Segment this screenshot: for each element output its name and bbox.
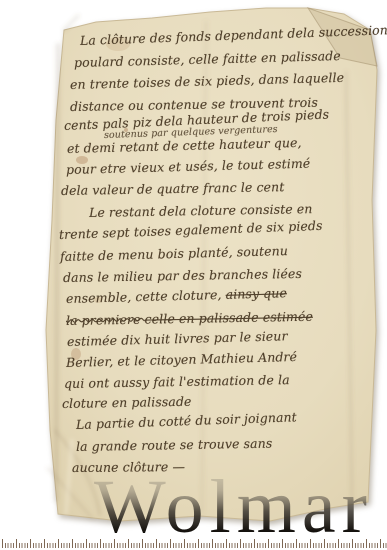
struck-text: celle en palissade estimée <box>144 309 313 327</box>
manuscript-line: et demi retant de cette hauteur que, <box>67 135 302 156</box>
manuscript-line: la grande route se trouve sans <box>76 436 273 454</box>
manuscript-line: en trente toises de six pieds, dans laqu… <box>70 70 344 92</box>
manuscript-line: cloture en palissade <box>62 394 192 411</box>
manuscript-line: ensemble, cette cloture, ainsy que <box>66 285 287 306</box>
manuscript-line: la premiere celle en palissade estimée <box>66 309 313 328</box>
ruler-scale <box>0 537 387 550</box>
manuscript-line: trente sept toises egalement de six pied… <box>59 218 323 242</box>
manuscript-line: poulard consiste, celle faitte en paliss… <box>74 48 341 70</box>
struck-text: la premiere <box>66 312 145 328</box>
manuscript-line: dela valeur de quatre franc le cent <box>61 179 285 198</box>
manuscript-line: faitte de menu bois planté, soutenu <box>60 243 288 264</box>
manuscript-line: La clôture des fonds dependant dela succ… <box>80 22 387 48</box>
scanned-manuscript-photo: La clôture des fonds dependant dela succ… <box>0 0 387 550</box>
manuscript-line: qui ont aussy fait l'estimation de la <box>64 372 290 391</box>
manuscript-line: dans le milieu par des branches liées <box>63 266 302 285</box>
struck-text: ainsy que <box>225 285 287 302</box>
manuscript-line: Le restant dela cloture consiste en <box>89 201 313 220</box>
manuscript-line: pour etre vieux et usés, le tout estimé <box>66 156 311 177</box>
manuscript-line: estimée dix huit livres par le sieur <box>67 328 288 349</box>
manuscript-line: La partie du cotté du soir joignant <box>76 409 297 432</box>
manuscript-line: Berlier, et le citoyen Mathieu André <box>66 349 297 370</box>
ruler-ticks-tall <box>2 539 387 548</box>
